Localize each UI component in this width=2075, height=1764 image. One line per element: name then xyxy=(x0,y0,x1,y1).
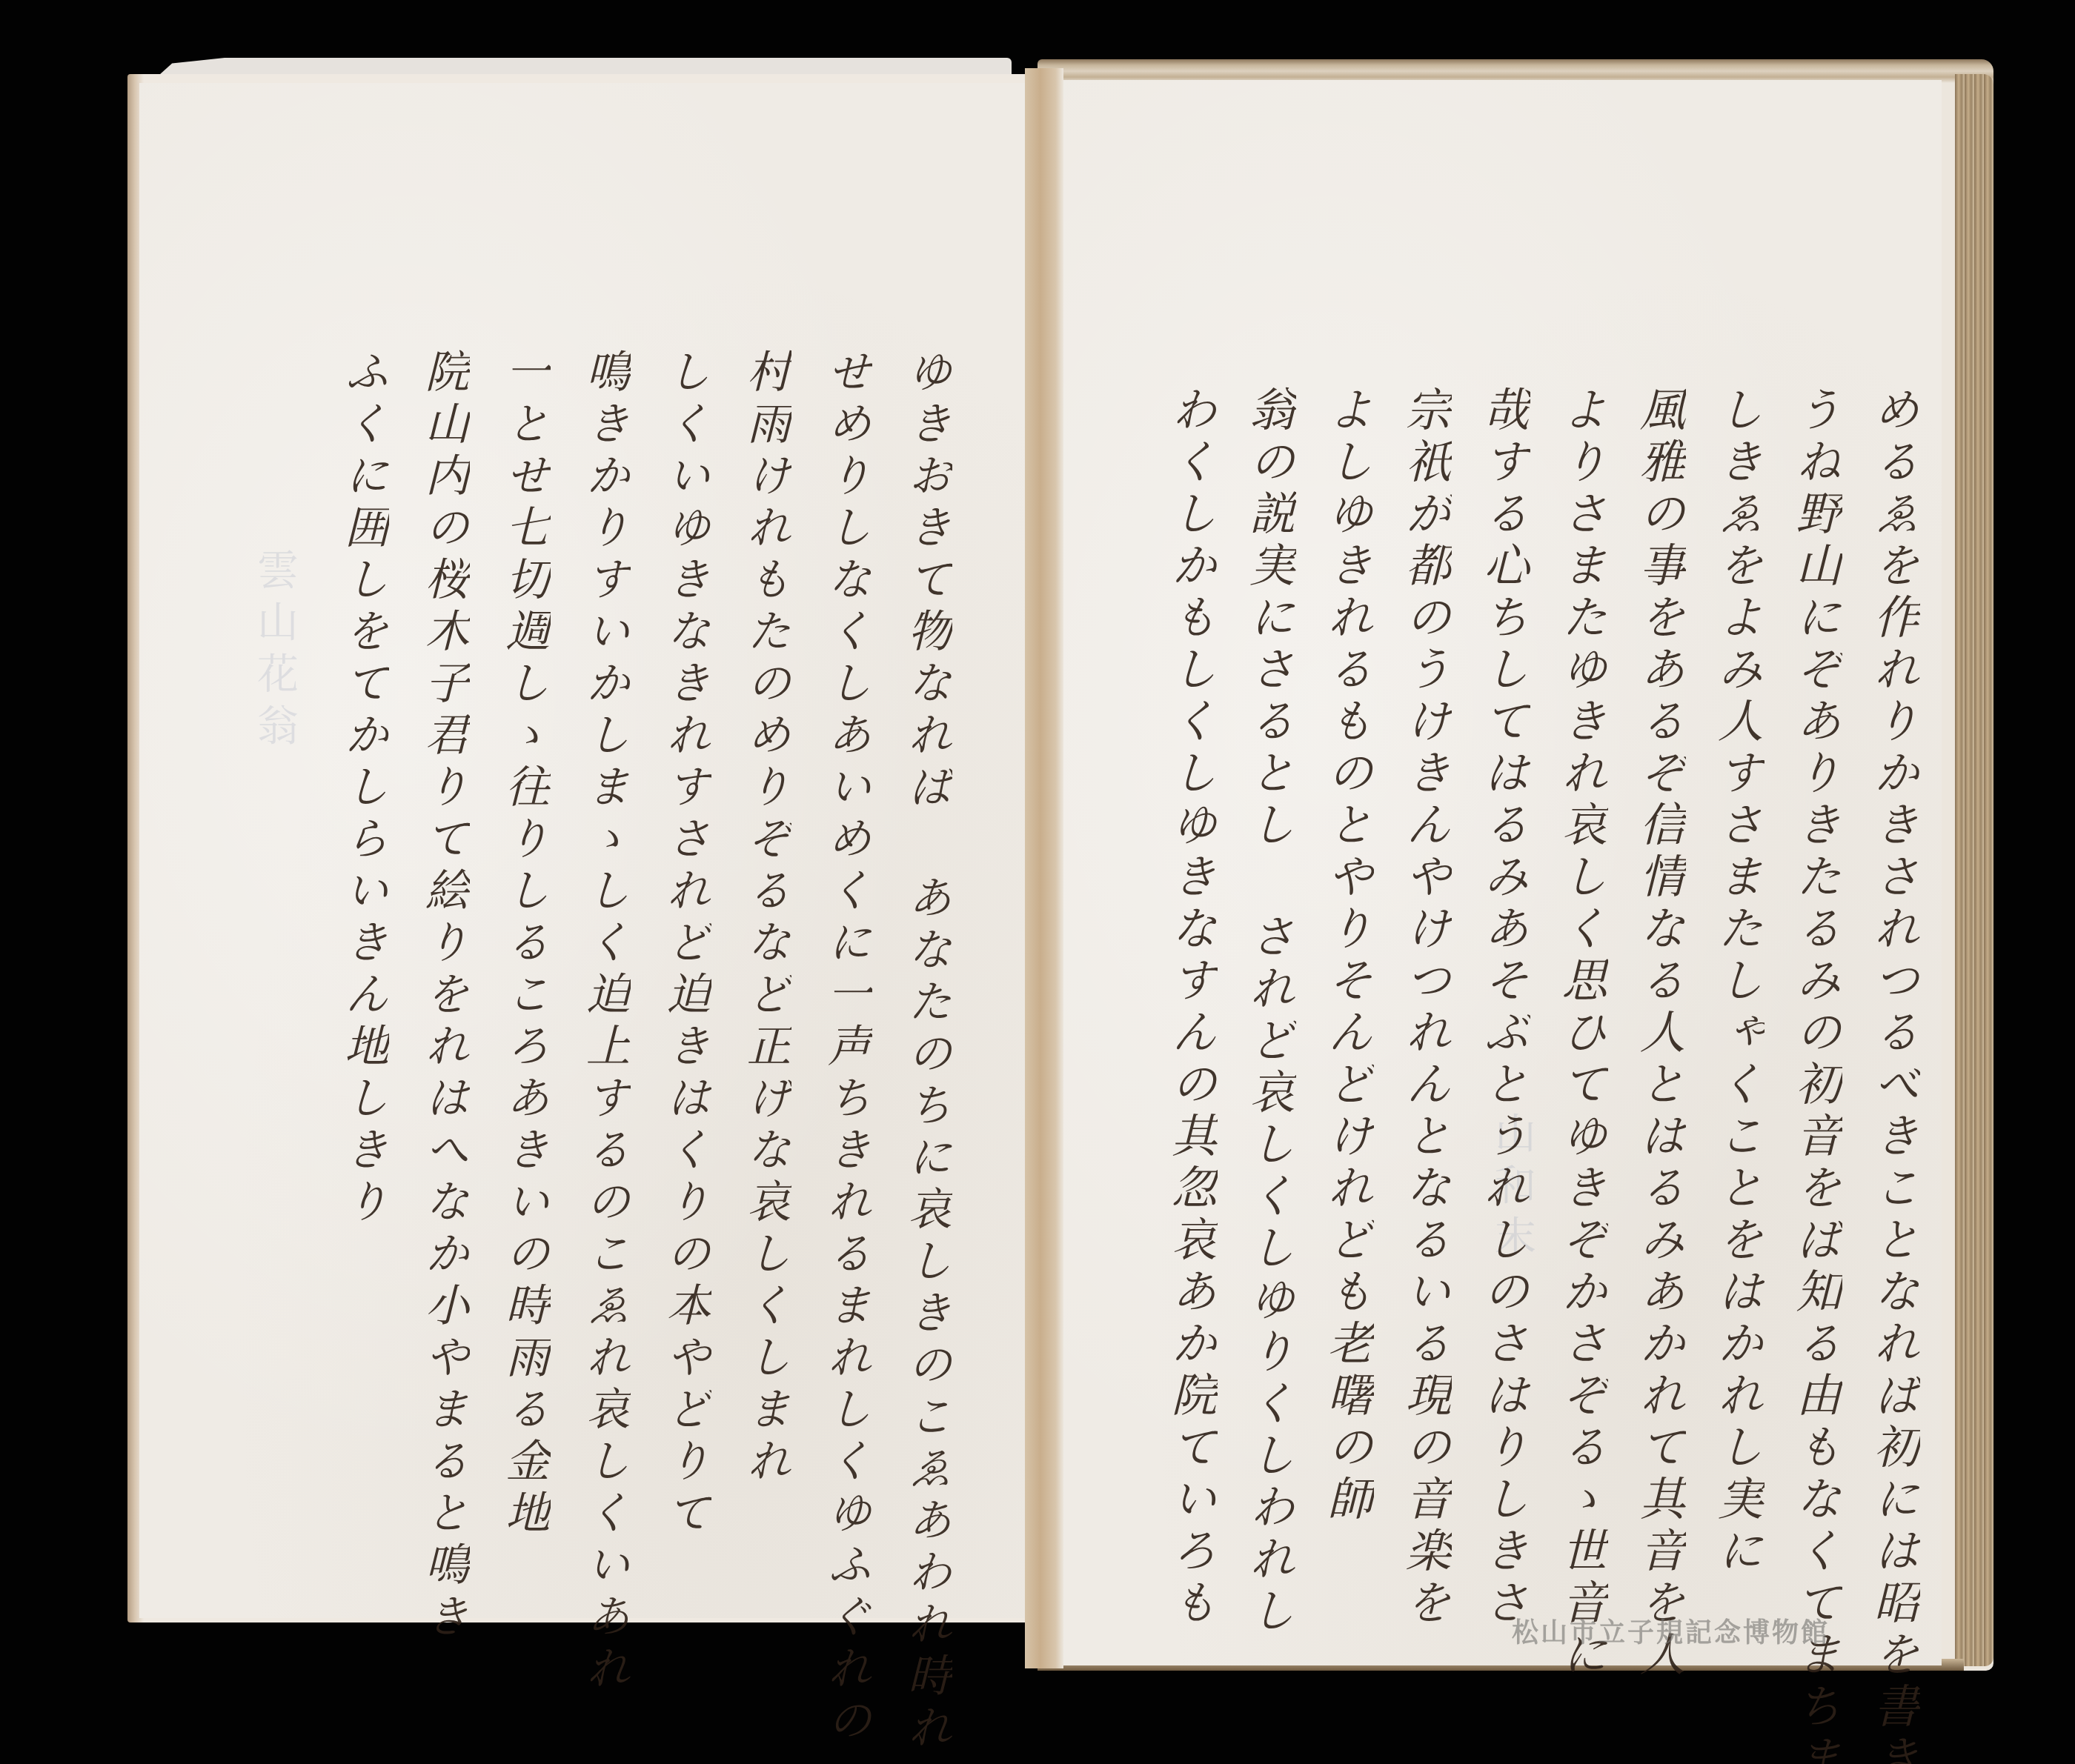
text-column: 宗祇が都のうけきんやけつれんとなるいる現の音楽を xyxy=(1401,385,1447,1541)
text-column: うね野山にぞありきたるみの初音をば知る由もなくてまちまね xyxy=(1792,385,1838,1541)
text-column: わくしかもしくしゆきなすんの其忽哀あか院ていろも xyxy=(1167,385,1213,1541)
text-column: ふくに囲しをてかしらいきん地しきり xyxy=(341,348,385,1593)
left-page-text: ゆきおきて物なれば あなたのちに哀しきのこゑあわれ時れ せめりしなくしあいめくに… xyxy=(341,348,949,1593)
photograph-background: 雲山花翁 山和末 めるゑを作れりかきされつるべきことなれば初には昭を書き うね野… xyxy=(0,0,2075,1764)
text-column: 院山内の桜木子君りて絵りをれはへなか小やまると鳴き xyxy=(422,348,466,1593)
text-column: しきゑをよみ人すさまたしゃくことをはかれし実に xyxy=(1713,385,1759,1541)
text-column: 翁の説実にさるとし されど哀しくしゆりくしわれし xyxy=(1245,385,1291,1541)
right-fore-edge xyxy=(1955,74,1993,1666)
text-column: めるゑを作れりかきされつるべきことなれば初には昭を書き xyxy=(1870,385,1916,1541)
bleed-through-text: 雲山花翁 xyxy=(245,548,304,756)
text-column: ゆきおきて物なれば あなたのちに哀しきのこゑあわれ時れ xyxy=(904,348,949,1593)
text-column: しくいゆきなきれすされど迫きはくりの本やどりて xyxy=(663,348,707,1593)
text-column: 鳴きかりすいかしまゝしく迫上するのこゑれ哀しくいあれ xyxy=(582,348,627,1593)
text-column: よしゆきれるものとやりそんどけれども老曙の師 xyxy=(1324,385,1369,1541)
book-gutter xyxy=(1025,68,1063,1668)
museum-watermark: 松山市立子規記念博物館 xyxy=(1512,1612,1830,1650)
text-column: 風雅の事をあるぞ信情なる人とはるみあかれて其音を人 xyxy=(1636,385,1681,1541)
text-column: よりさまたゆきれ哀しく思ひてゆきぞかさぞるゝ世音に xyxy=(1558,385,1604,1541)
text-column: せめりしなくしあいめくに一声ちきれるまれしくゆふぐれの xyxy=(823,348,868,1593)
text-column: 哉する心ちしてはるみあそぶとうれしのさはりしきさ xyxy=(1479,385,1525,1541)
text-column: 村雨けれもたのめりぞるなど正げな哀しくしまれ xyxy=(743,348,788,1593)
text-column: 一とせ七切週しゝ往りしるころあきいの時雨る金地 xyxy=(502,348,546,1593)
right-page-text: めるゑを作れりかきされつるべきことなれば初には昭を書き うね野山にぞありきたるみ… xyxy=(1167,385,1916,1541)
